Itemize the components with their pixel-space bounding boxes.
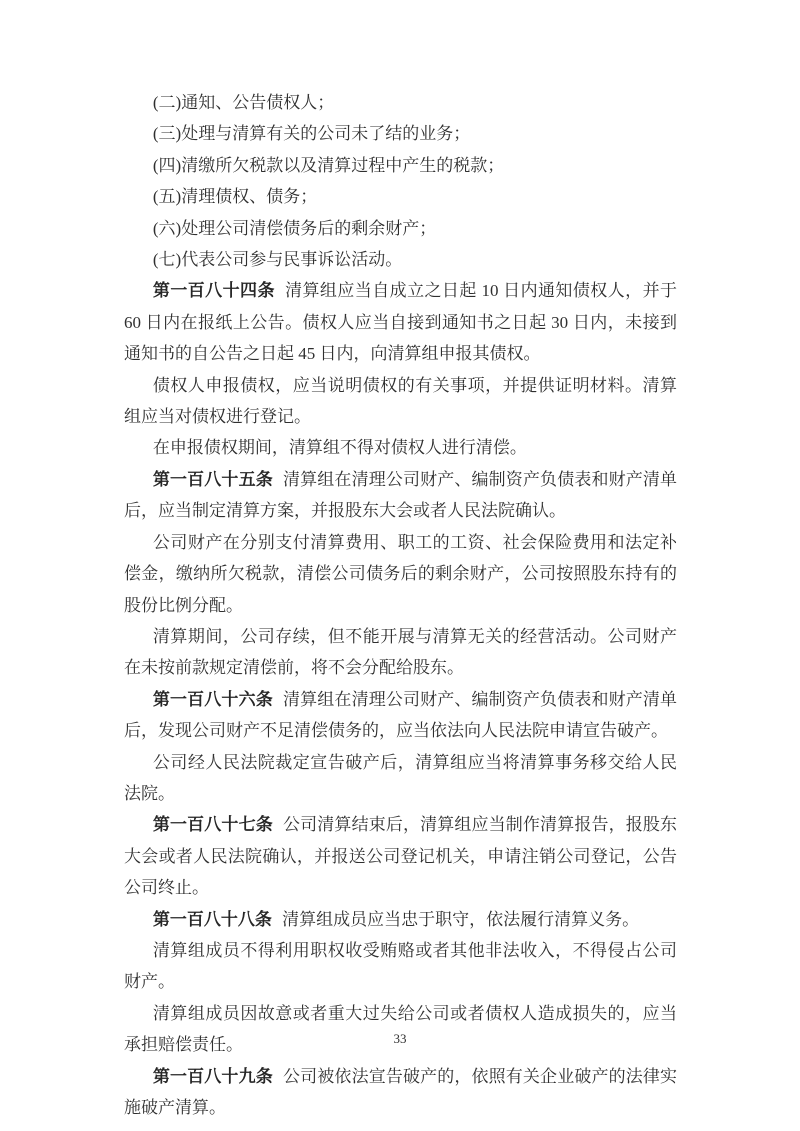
paragraph-text: 债权人申报债权，应当说明债权的有关事项，并提供证明材料。清算组应当对债权进行登记… xyxy=(124,376,677,426)
list-item: (五)清理债权、债务； xyxy=(124,181,677,212)
paragraph: 第一百八十八条清算组成员应当忠于职守，依法履行清算义务。 xyxy=(124,904,677,935)
list-item: (七)代表公司参与民事诉讼活动。 xyxy=(124,244,677,275)
paragraph-text: (五)清理债权、债务； xyxy=(153,187,317,206)
article-number: 第一百八十八条 xyxy=(153,910,272,929)
article-number: 第一百八十四条 xyxy=(153,281,275,300)
page-number: 33 xyxy=(0,1031,800,1047)
paragraph: 第一百八十七条公司清算结束后，清算组应当制作清算报告，报股东大会或者人民法院确认… xyxy=(124,809,677,903)
paragraph: 清算组成员不得利用职权收受贿赂或者其他非法收入，不得侵占公司财产。 xyxy=(124,935,677,998)
paragraph: 第一百八十九条公司被依法宣告破产的，依照有关企业破产的法律实施破产清算。 xyxy=(124,1061,677,1124)
paragraph: 债权人申报债权，应当说明债权的有关事项，并提供证明材料。清算组应当对债权进行登记… xyxy=(124,370,677,433)
list-item: (三)处理与清算有关的公司未了结的业务； xyxy=(124,118,677,149)
paragraph-text: (二)通知、公告债权人； xyxy=(153,93,334,112)
paragraph: 第一百八十四条清算组应当自成立之日起 10 日内通知债权人，并于 60 日内在报… xyxy=(124,275,677,369)
article-number: 第一百八十九条 xyxy=(153,1067,273,1086)
article-number: 第一百八十六条 xyxy=(153,690,273,709)
list-item: (四)清缴所欠税款以及清算过程中产生的税款； xyxy=(124,150,677,181)
paragraph-text: 清算组成员应当忠于职守，依法履行清算义务。 xyxy=(282,910,639,929)
paragraph-text: (七)代表公司参与民事诉讼活动。 xyxy=(153,250,402,269)
paragraph: 清算期间，公司存续，但不能开展与清算无关的经营活动。公司财产在未按前款规定清偿前… xyxy=(124,621,677,684)
paragraph-text: 在申报债权期间，清算组不得对债权人进行清偿。 xyxy=(153,438,527,457)
paragraph: 第一百八十六条清算组在清理公司财产、编制资产负债表和财产清单后，发现公司财产不足… xyxy=(124,684,677,747)
document-page: (二)通知、公告债权人； (三)处理与清算有关的公司未了结的业务； (四)清缴所… xyxy=(0,0,800,1131)
paragraph-text: (四)清缴所欠税款以及清算过程中产生的税款； xyxy=(153,156,504,175)
paragraph: 清算组成员因故意或者重大过失给公司或者债权人造成损失的，应当承担赔偿责任。 xyxy=(124,998,677,1061)
paragraph-text: 公司财产在分别支付清算费用、职工的工资、社会保险费用和法定补偿金，缴纳所欠税款，… xyxy=(124,533,677,615)
list-item: (六)处理公司清偿债务后的剩余财产； xyxy=(124,213,677,244)
paragraph-text: 清算期间，公司存续，但不能开展与清算无关的经营活动。公司财产在未按前款规定清偿前… xyxy=(124,627,677,677)
paragraph: 在申报债权期间，清算组不得对债权人进行清偿。 xyxy=(124,432,677,463)
paragraph: 第一百八十五条清算组在清理公司财产、编制资产负债表和财产清单后，应当制定清算方案… xyxy=(124,464,677,527)
list-item: (二)通知、公告债权人； xyxy=(124,87,677,118)
article-number: 第一百八十七条 xyxy=(153,815,273,834)
paragraph-text: 公司经人民法院裁定宣告破产后，清算组应当将清算事务移交给人民法院。 xyxy=(124,753,677,803)
paragraph: 公司财产在分别支付清算费用、职工的工资、社会保险费用和法定补偿金，缴纳所欠税款，… xyxy=(124,527,677,621)
paragraph-text: (六)处理公司清偿债务后的剩余财产； xyxy=(153,219,436,238)
paragraph-text: 清算组成员不得利用职权收受贿赂或者其他非法收入，不得侵占公司财产。 xyxy=(124,941,677,991)
document-text: (二)通知、公告债权人； (三)处理与清算有关的公司未了结的业务； (四)清缴所… xyxy=(124,87,677,1123)
paragraph: 公司经人民法院裁定宣告破产后，清算组应当将清算事务移交给人民法院。 xyxy=(124,747,677,810)
paragraph-text: (三)处理与清算有关的公司未了结的业务； xyxy=(153,124,470,143)
article-number: 第一百八十五条 xyxy=(153,470,273,489)
